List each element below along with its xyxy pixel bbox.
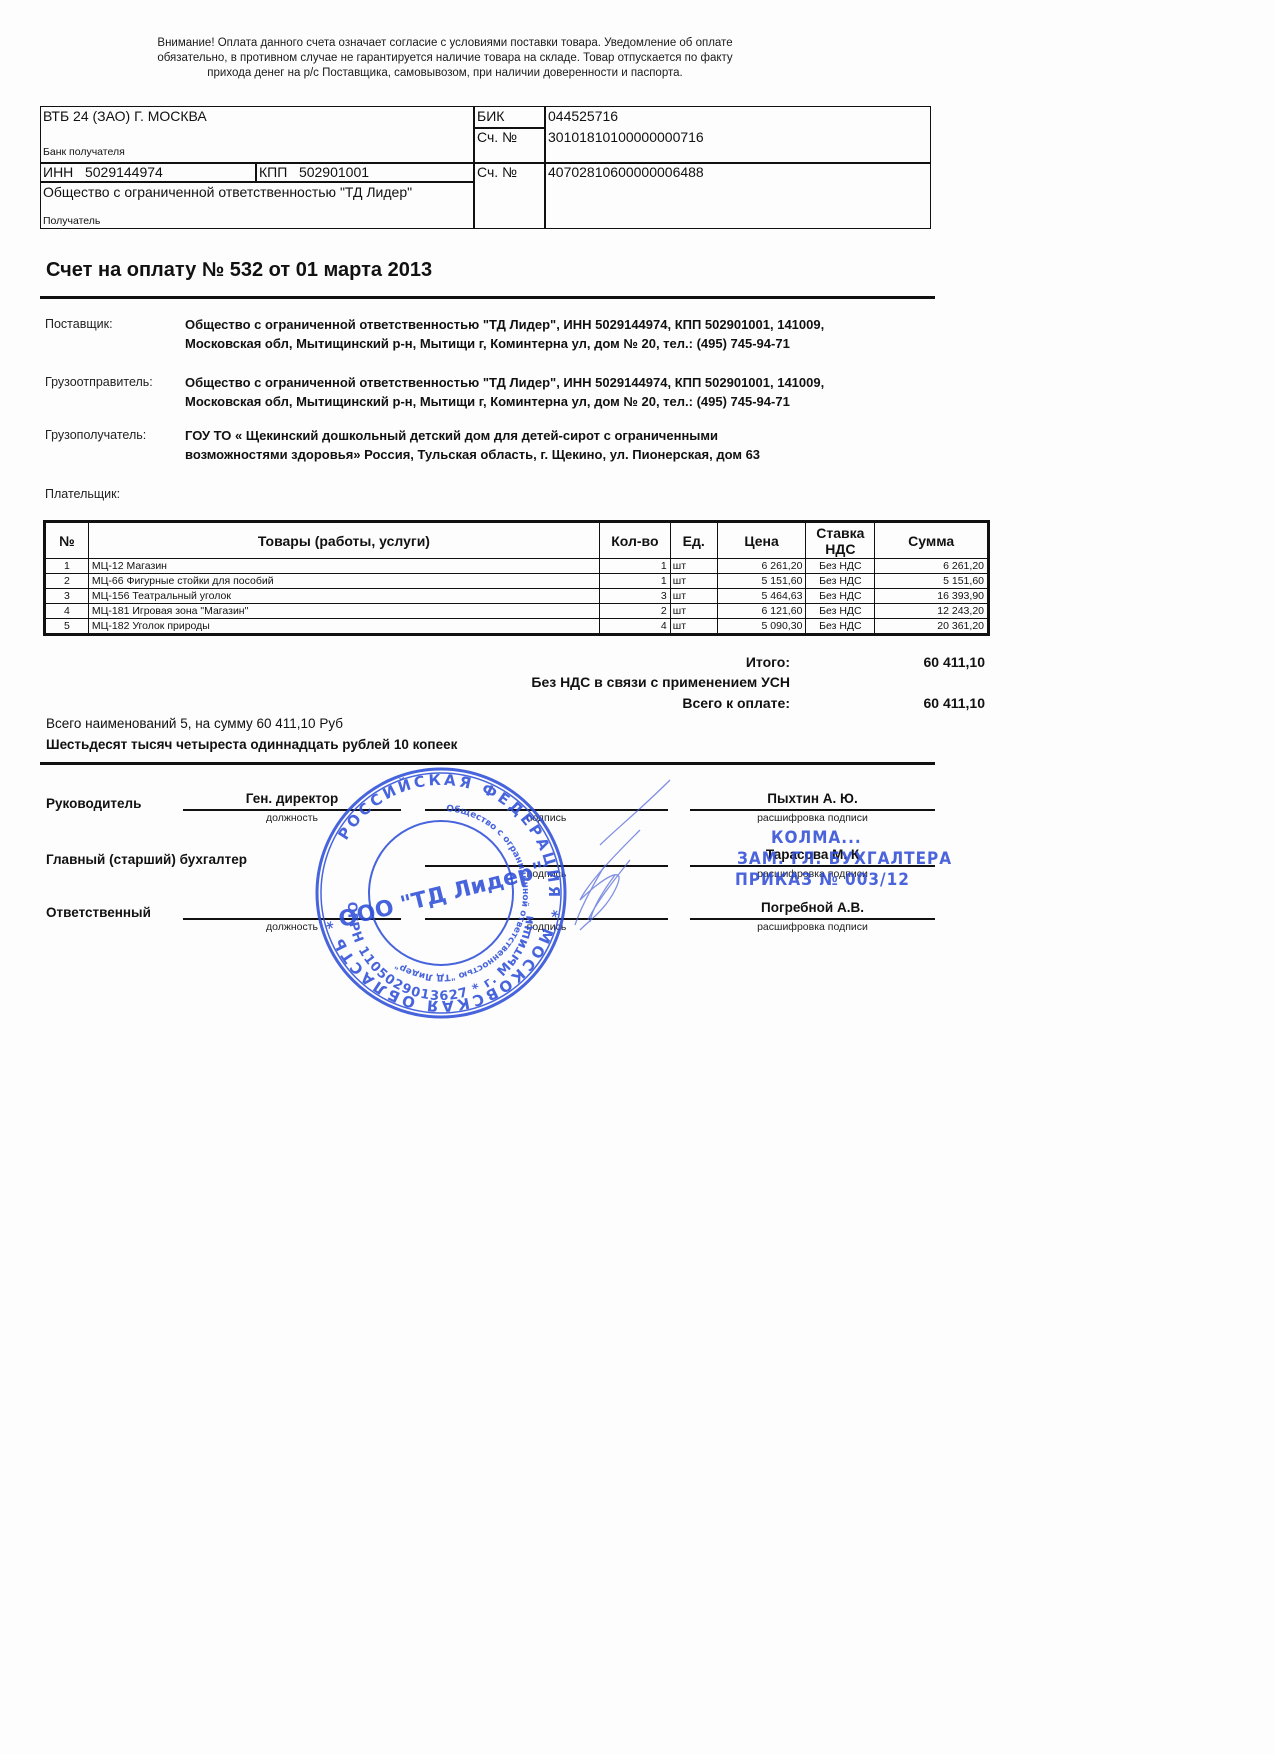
bank-caption: Банк получателя — [43, 144, 125, 161]
row-sum: 6 261,20 — [875, 559, 989, 574]
table-row: 4МЦ-181 Игровая зона "Магазин"2шт6 121,6… — [45, 604, 989, 619]
vat-note: Без НДС в связи с применением УСН — [531, 674, 790, 690]
row-price: 6 261,20 — [717, 559, 806, 574]
row-vat: Без НДС — [806, 559, 875, 574]
row-vat: Без НДС — [806, 589, 875, 604]
name-line — [690, 918, 935, 920]
kpp-value: 502901001 — [299, 164, 369, 180]
row-name: МЦ-156 Театральный уголок — [88, 589, 599, 604]
recipient-name: Общество с ограниченной ответственностью… — [43, 184, 412, 201]
row-price: 5 464,63 — [717, 589, 806, 604]
notice-line: прихода денег на р/с Поставщика, самовыв… — [150, 66, 740, 81]
account-label: Сч. № — [477, 164, 517, 181]
row-qty: 3 — [599, 589, 670, 604]
table-row: 2МЦ-66 Фигурные стойки для пособий1шт5 1… — [45, 574, 989, 589]
row-vat: Без НДС — [806, 604, 875, 619]
row-num: 3 — [45, 589, 89, 604]
row-sum: 16 393,90 — [875, 589, 989, 604]
consignee-value: ГОУ ТО « Щекинский дошкольный детский до… — [185, 426, 935, 464]
kpp-field: КПП 502901001 — [259, 164, 369, 181]
row-price: 5 090,30 — [717, 619, 806, 635]
name-caption: расшифровка подписи — [690, 921, 935, 933]
subtotal-value: 60 411,10 — [923, 654, 985, 670]
col-vat-line: НДС — [809, 541, 871, 557]
invoice-title: Счет на оплату № 532 от 01 марта 2013 — [46, 259, 432, 282]
col-name: Товары (работы, услуги) — [88, 522, 599, 559]
shipper-label: Грузоотправитель: — [45, 375, 153, 389]
supplier-line: Общество с ограниченной ответственностью… — [185, 315, 935, 334]
col-vat-line: Ставка — [809, 525, 871, 541]
items-count-summary: Всего наименований 5, на сумму 60 411,10… — [46, 716, 343, 731]
approval-stamp-line: КОЛМА... — [735, 828, 952, 849]
table-header-row: № Товары (работы, услуги) Кол-во Ед. Цен… — [45, 522, 989, 559]
notice-line: обязательно, в противном случае не гаран… — [150, 51, 740, 66]
row-unit: шт — [670, 559, 717, 574]
signature-role: Главный (старший) бухгалтер — [46, 852, 247, 867]
col-vat: СтавкаНДС — [806, 522, 875, 559]
bank-name: ВТБ 24 (ЗАО) Г. МОСКВА — [43, 108, 207, 125]
payer-label: Плательщик: — [45, 487, 120, 501]
shipper-line: Московская обл, Мытищинский р-н, Мытищи … — [185, 392, 935, 411]
consignee-line: ГОУ ТО « Щекинский дошкольный детский до… — [185, 426, 935, 445]
table-row: 5МЦ-182 Уголок природы4шт5 090,30Без НДС… — [45, 619, 989, 635]
row-vat: Без НДС — [806, 574, 875, 589]
row-num: 4 — [45, 604, 89, 619]
row-qty: 4 — [599, 619, 670, 635]
supplier-label: Поставщик: — [45, 317, 113, 331]
col-num: № — [45, 522, 89, 559]
row-qty: 1 — [599, 559, 670, 574]
inn-label: ИНН — [43, 164, 73, 180]
handwritten-signature — [520, 770, 680, 950]
total-value: 60 411,10 — [923, 695, 985, 711]
row-unit: шт — [670, 604, 717, 619]
inn-value: 5029144974 — [85, 164, 163, 180]
signature-name: Пыхтин А. Ю. — [690, 791, 935, 806]
row-num: 2 — [45, 574, 89, 589]
row-num: 1 — [45, 559, 89, 574]
bik-label: БИК — [477, 108, 504, 125]
row-sum: 12 243,20 — [875, 604, 989, 619]
col-price: Цена — [717, 522, 806, 559]
row-name: МЦ-66 Фигурные стойки для пособий — [88, 574, 599, 589]
row-qty: 2 — [599, 604, 670, 619]
corr-account-value: 30101810100000000716 — [548, 129, 704, 146]
row-unit: шт — [670, 619, 717, 635]
corr-account-label: Сч. № — [477, 129, 517, 146]
bik-value: 044525716 — [548, 108, 618, 125]
title-divider — [40, 296, 935, 299]
signature-name: Погребной А.В. — [690, 900, 935, 915]
signature-role: Руководитель — [46, 796, 141, 811]
recipient-caption: Получатель — [43, 213, 100, 230]
name-line — [690, 809, 935, 811]
row-unit: шт — [670, 589, 717, 604]
table-row: 1МЦ-12 Магазин1шт6 261,20Без НДС6 261,20 — [45, 559, 989, 574]
bank-details-table: ВТБ 24 (ЗАО) Г. МОСКВА Банк получателя Б… — [40, 106, 931, 229]
name-caption: расшифровка подписи — [690, 812, 935, 824]
total-label: Всего к оплате: — [682, 695, 790, 711]
signature-role: Ответственный — [46, 905, 151, 920]
col-sum: Сумма — [875, 522, 989, 559]
row-qty: 1 — [599, 574, 670, 589]
shipper-line: Общество с ограниченной ответственностью… — [185, 373, 935, 392]
items-table: № Товары (работы, услуги) Кол-во Ед. Цен… — [43, 520, 990, 636]
supplier-line: Московская обл, Мытищинский р-н, Мытищи … — [185, 334, 935, 353]
col-qty: Кол-во — [599, 522, 670, 559]
row-sum: 5 151,60 — [875, 574, 989, 589]
notice-line: Внимание! Оплата данного счета означает … — [150, 36, 740, 51]
row-sum: 20 361,20 — [875, 619, 989, 635]
account-value: 40702810600000006488 — [548, 164, 704, 181]
row-num: 5 — [45, 619, 89, 635]
amount-in-words: Шестьдесят тысяч четыреста одиннадцать р… — [46, 737, 457, 752]
approval-stamp: КОЛМА... ЗАМ. ГЛ. БУХГАЛТЕРА ПРИКАЗ № 00… — [735, 828, 952, 891]
kpp-label: КПП — [259, 164, 287, 180]
approval-stamp-line: ЗАМ. ГЛ. БУХГАЛТЕРА — [735, 849, 952, 870]
row-unit: шт — [670, 574, 717, 589]
row-vat: Без НДС — [806, 619, 875, 635]
inn-field: ИНН 5029144974 — [43, 164, 163, 181]
row-name: МЦ-12 Магазин — [88, 559, 599, 574]
row-name: МЦ-182 Уголок природы — [88, 619, 599, 635]
consignee-line: возможностями здоровья» Россия, Тульская… — [185, 445, 935, 464]
row-name: МЦ-181 Игровая зона "Магазин" — [88, 604, 599, 619]
table-row: 3МЦ-156 Театральный уголок3шт5 464,63Без… — [45, 589, 989, 604]
subtotal-label: Итого: — [746, 654, 790, 670]
row-price: 5 151,60 — [717, 574, 806, 589]
supplier-value: Общество с ограниченной ответственностью… — [185, 315, 935, 353]
shipper-value: Общество с ограниченной ответственностью… — [185, 373, 935, 411]
consignee-label: Грузополучатель: — [45, 428, 146, 442]
approval-stamp-line: ПРИКАЗ № 003/12 — [735, 870, 952, 891]
col-unit: Ед. — [670, 522, 717, 559]
payment-notice: Внимание! Оплата данного счета означает … — [150, 36, 740, 81]
row-price: 6 121,60 — [717, 604, 806, 619]
